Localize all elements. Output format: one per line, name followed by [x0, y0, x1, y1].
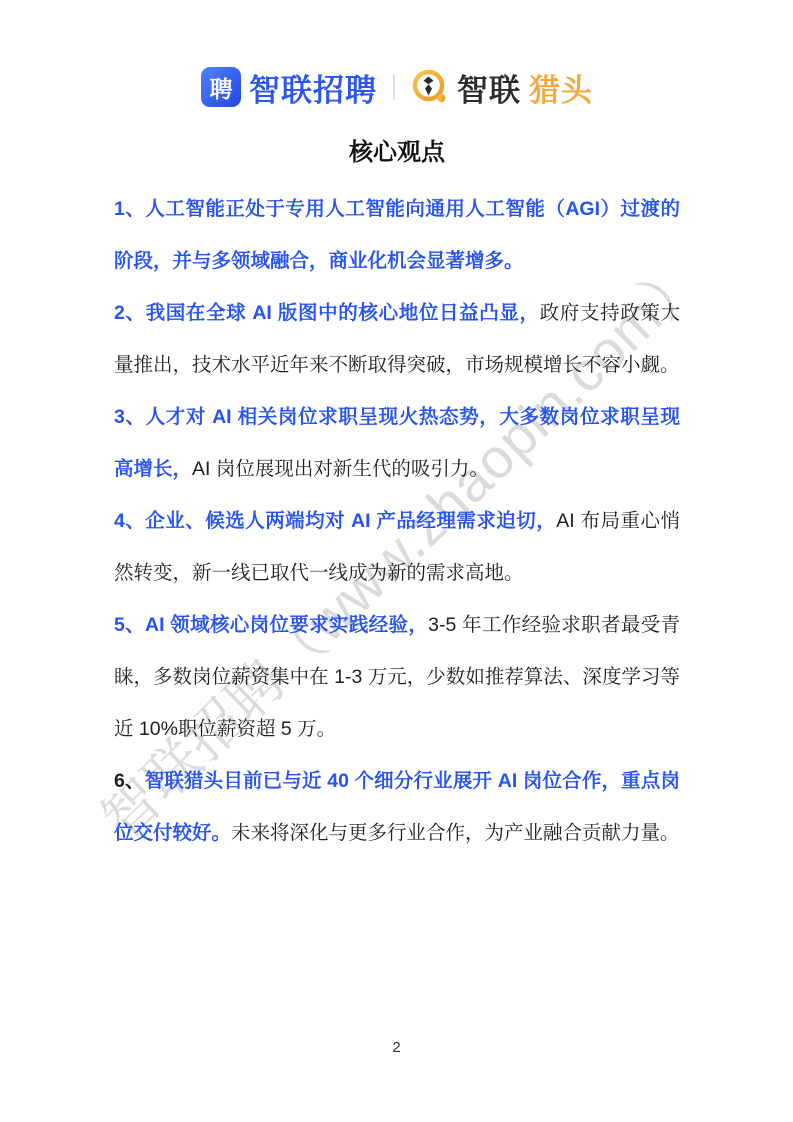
content-paragraphs: 1、人工智能正处于专用人工智能向通用人工智能（AGI）过渡的阶段，并与多领域融合…: [114, 183, 680, 859]
text-run: 未来将深化与更多行业合作，为产业融合贡献力量。: [231, 822, 680, 844]
tie-circle-icon: [411, 68, 449, 106]
brand-header: 聘 智联招聘 智联 猎: [114, 63, 680, 111]
document-page: 聘 智联招聘 智联 猎: [0, 0, 793, 1122]
zhaopin-logo-icon: 聘: [201, 67, 241, 107]
paragraph: 4、企业、候选人两端均对 AI 产品经理需求迫切，AI 布局重心悄然转变，新一线…: [114, 495, 680, 599]
lietou-wordmark-dark: 智联: [457, 65, 521, 110]
zhaopin-logo: 聘 智联招聘: [201, 65, 377, 110]
text-run: 6、: [114, 770, 145, 792]
text-run: 2、我国在全球 AI 版图中的核心地位日益凸显，: [114, 302, 540, 324]
zhaopin-wordmark: 智联招聘: [249, 65, 377, 110]
lietou-wordmark-gold: 猎头: [529, 65, 593, 110]
logo-separator: [393, 74, 395, 100]
text-run: 5、AI 领域核心岗位要求实践经验，: [114, 614, 428, 636]
text-run: 4、企业、候选人两端均对 AI 产品经理需求迫切，: [114, 510, 556, 532]
lietou-logo: 智联 猎头: [411, 65, 593, 110]
paragraph: 1、人工智能正处于专用人工智能向通用人工智能（AGI）过渡的阶段，并与多领域融合…: [114, 183, 680, 287]
text-run: 1、人工智能正处于专用人工智能向通用人工智能（AGI）过渡的阶段，并与多领域融合…: [114, 198, 680, 272]
paragraph: 5、AI 领域核心岗位要求实践经验，3-5 年工作经验求职者最受青睐，多数岗位薪…: [114, 599, 680, 755]
page-title: 核心观点: [114, 132, 680, 167]
paragraph: 3、人才对 AI 相关岗位求职呈现火热态势，大多数岗位求职呈现高增长，AI 岗位…: [114, 391, 680, 495]
page-number: 2: [0, 1039, 793, 1056]
paragraph: 6、智联猎头目前已与近 40 个细分行业展开 AI 岗位合作，重点岗位交付较好。…: [114, 755, 680, 859]
text-run: AI 岗位展现出对新生代的吸引力。: [192, 458, 489, 480]
paragraph: 2、我国在全球 AI 版图中的核心地位日益凸显，政府支持政策大量推出，技术水平近…: [114, 287, 680, 391]
